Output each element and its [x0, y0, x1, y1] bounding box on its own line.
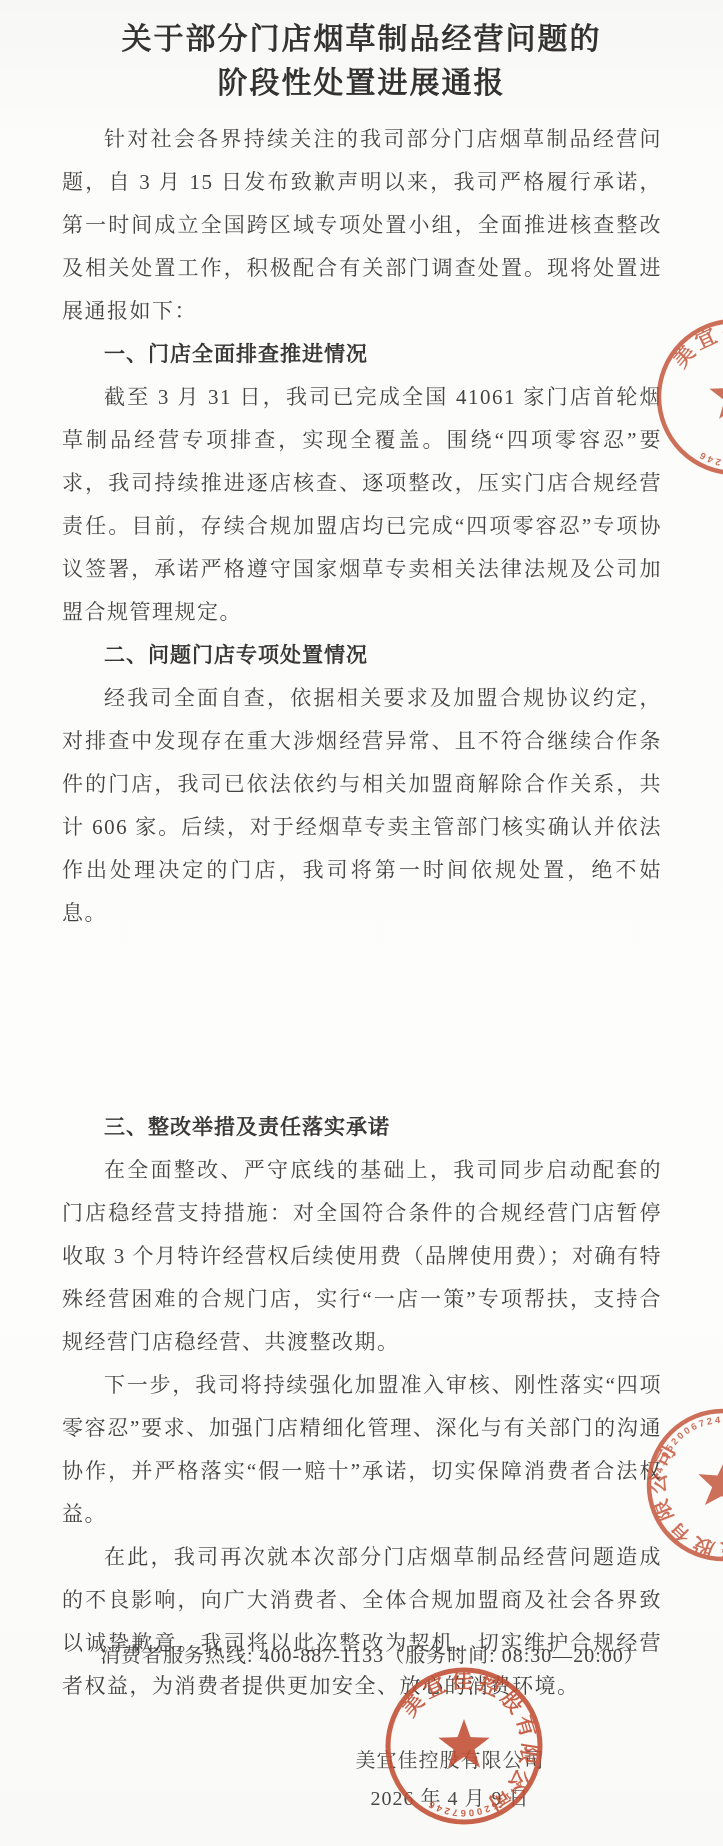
section-1-heading: 一、门店全面排查推进情况 [62, 333, 662, 376]
title-line-2: 阶段性处置进展通报 [218, 67, 506, 100]
signature-date: 2026 年 4 月 9 日 [330, 1780, 570, 1818]
section-3-paragraph-2: 下一步，我司将持续强化加盟准入审核、刚性落实“四项零容忍”要求、加强门店精细化管… [62, 1364, 662, 1536]
section-3-paragraph-1: 在全面整改、严守底线的基础上，我司同步启动配套的门店稳经营支持措施：对全国符合条… [62, 1149, 662, 1364]
intro-paragraph: 针对社会各界持续关注的我司部分门店烟草制品经营问题，自 3 月 15 日发布致歉… [62, 118, 662, 333]
notice-document-page: 关于部分门店烟草制品经营问题的 阶段性处置进展通报 针对社会各界持续关注的我司部… [0, 0, 723, 1846]
title-line-1: 关于部分门店烟草制品经营问题的 [122, 23, 602, 56]
section-2-paragraph: 经我司全面自查，依据相关要求及加盟合规协议约定，对排查中发现存在重大涉烟经营异常… [62, 677, 662, 935]
seal-star-icon [709, 370, 723, 419]
seal-star-icon [690, 1453, 723, 1521]
consumer-hotline: 消费者服务热线: 400-887-1133（服务时间: 08:30—20:00） [62, 1636, 700, 1676]
section-3-paragraph-3: 在此，我司再次就本次部分门店烟草制品经营问题造成的不良影响，向广大消费者、全体合… [62, 1536, 662, 1708]
section-3-heading: 三、整改举措及责任落实承诺 [62, 1106, 662, 1149]
signature-block: 美宜佳控股有限公司 2026 年 4 月 9 日 [330, 1742, 570, 1818]
page-title: 关于部分门店烟草制品经营问题的 阶段性处置进展通报 [0, 18, 723, 106]
seal-serial-text: 4419520067246 [696, 429, 723, 469]
section-2-heading: 二、问题门店专项处置情况 [62, 634, 662, 677]
seal-ring [659, 321, 723, 473]
svg-text:4419520067246: 4419520067246 [696, 429, 723, 469]
signature-company: 美宜佳控股有限公司 [330, 1742, 570, 1780]
section-1-paragraph: 截至 3 月 31 日，我司已完成全国 41061 家门店首轮烟草制品经营专项排… [62, 376, 662, 634]
document-body-upper: 针对社会各界持续关注的我司部分门店烟草制品经营问题，自 3 月 15 日发布致歉… [62, 118, 662, 935]
document-body-lower: 三、整改举措及责任落实承诺 在全面整改、严守底线的基础上，我司同步启动配套的门店… [62, 1106, 662, 1708]
